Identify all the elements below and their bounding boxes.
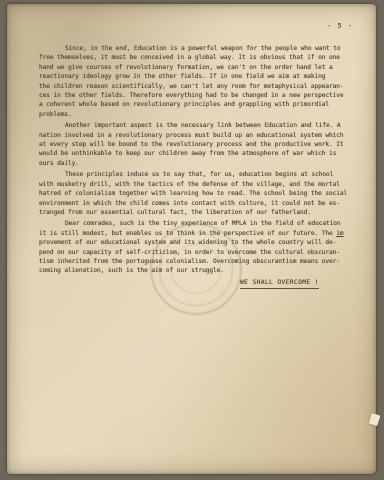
paragraph-dear-comrades: Dear comrades, such is the tiny experien… xyxy=(39,219,363,275)
document-body: Since, in the end, Education is a powerf… xyxy=(39,44,363,289)
paragraph-education-and-life: Another important aspect is the necessar… xyxy=(39,121,363,168)
paragraph-dear-comrades-text-end: provement of our educational system and … xyxy=(39,239,340,274)
paragraph-dear-comrades-text-start: Dear comrades, such is the tiny experien… xyxy=(39,220,341,236)
page-edge-tear xyxy=(369,413,381,426)
closing-slogan: WE SHALL OVERCOME ! xyxy=(240,278,319,289)
paragraph-education-weapon: Since, in the end, Education is a powerf… xyxy=(39,44,363,119)
scanned-document: - 5 - Since, in the end, Education is a … xyxy=(0,0,384,480)
paper-sheet: - 5 - Since, in the end, Education is a … xyxy=(7,4,376,474)
page-number: - 5 - xyxy=(327,22,353,30)
underlined-word: im xyxy=(336,230,343,237)
paragraph-principles: These principles induce us to say that, … xyxy=(39,170,363,217)
